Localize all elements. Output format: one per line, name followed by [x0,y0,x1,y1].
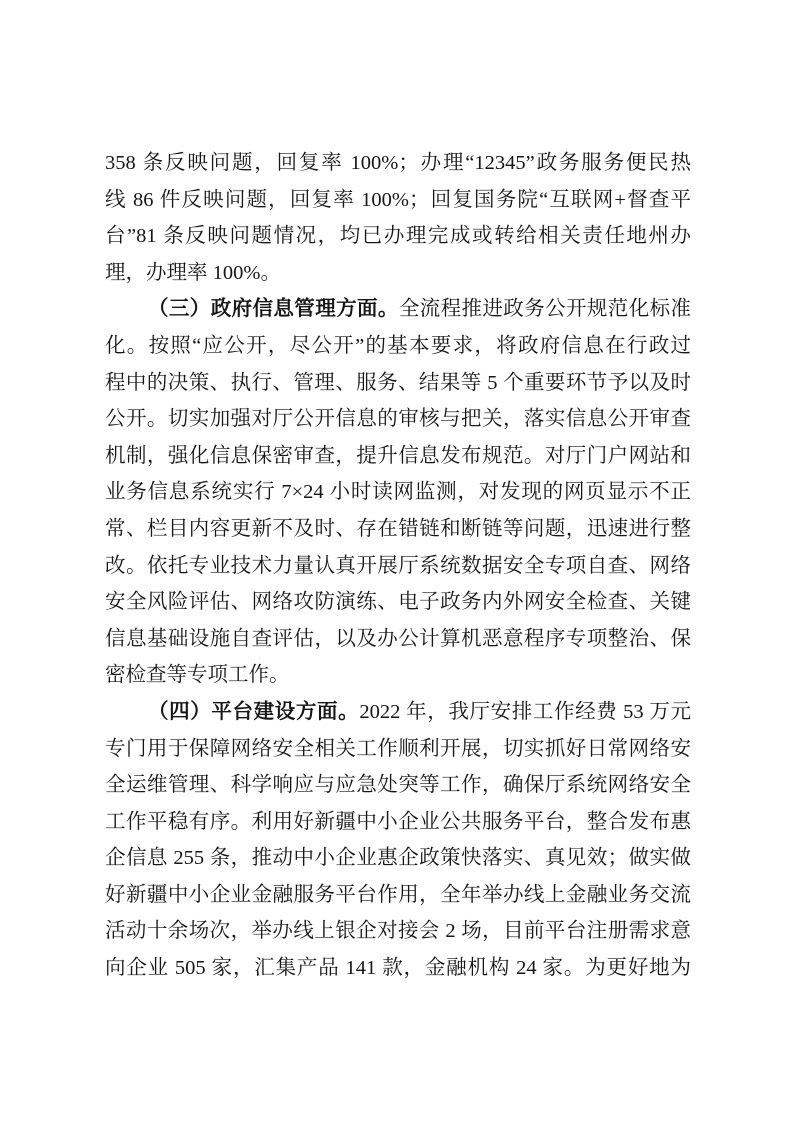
text-line: 理，办理率 100%。 [105,255,691,292]
text-line: 业务信息系统实行 7×24 小时读网监测，对发现的网页显示不正 [105,474,691,511]
text-line: 好新疆中小企业金融服务平台作用，全年举办线上金融业务交流 [105,877,691,914]
text-line: 台”81 条反映问题情况，均已办理完成或转给相关责任地州办 [105,218,691,255]
text-line: 全运维管理、科学响应与应急处突等工作，确保厅系统网络安全 [105,767,691,804]
text-line: 改。依托专业技术力量认真开展厅系统数据安全专项自查、网络 [105,548,691,585]
text-line: 常、栏目内容更新不及时、存在错链和断链等问题，迅速进行整 [105,511,691,548]
paragraph-first-line: （四）平台建设方面。2022 年，我厅安排工作经费 53 万元 [105,694,691,731]
paragraph-first-line: （三）政府信息管理方面。全流程推进政务公开规范化标准 [105,291,691,328]
section-4-heading: （四）平台建设方面。 [148,701,359,723]
text-line: 企信息 255 条，推动中小企业惠企政策快落实、真见效；做实做 [105,840,691,877]
text-line: 密检查等专项工作。 [105,657,691,694]
text-line: 化。按照“应公开，尽公开”的基本要求，将政府信息在行政过 [105,328,691,365]
text-block: 358 条反映问题，回复率 100%；办理“12345”政务服务便民热 线 86… [105,145,691,987]
text-line: 活动十余场次，举办线上银企对接会 2 场，目前平台注册需求意 [105,913,691,950]
text-line: 专门用于保障网络安全相关工作顺利开展，切实抓好日常网络安 [105,731,691,768]
text-line: 程中的决策、执行、管理、服务、结果等 5 个重要环节予以及时 [105,365,691,402]
text-line: 信息基础设施自查评估，以及办公计算机恶意程序专项整治、保 [105,621,691,658]
text-line: 公开。切实加强对厅公开信息的审核与把关，落实信息公开审查 [105,401,691,438]
heading-line-rest: 2022 年，我厅安排工作经费 53 万元 [359,701,691,723]
text-line: 工作平稳有序。利用好新疆中小企业公共服务平台，整合发布惠 [105,804,691,841]
section-3-heading: （三）政府信息管理方面。 [148,298,399,320]
text-line: 线 86 件反映问题，回复率 100%；回复国务院“互联网+督查平 [105,182,691,219]
text-line: 机制，强化信息保密审查，提升信息发布规范。对厅门户网站和 [105,438,691,475]
heading-line-rest: 全流程推进政务公开规范化标准 [399,298,691,320]
text-line: 安全风险评估、网络攻防演练、电子政务内外网安全检查、关键 [105,584,691,621]
text-line: 向企业 505 家，汇集产品 141 款，金融机构 24 家。为更好地为 [105,950,691,987]
document-page: 358 条反映问题，回复率 100%；办理“12345”政务服务便民热 线 86… [0,0,793,1122]
text-line: 358 条反映问题，回复率 100%；办理“12345”政务服务便民热 [105,145,691,182]
